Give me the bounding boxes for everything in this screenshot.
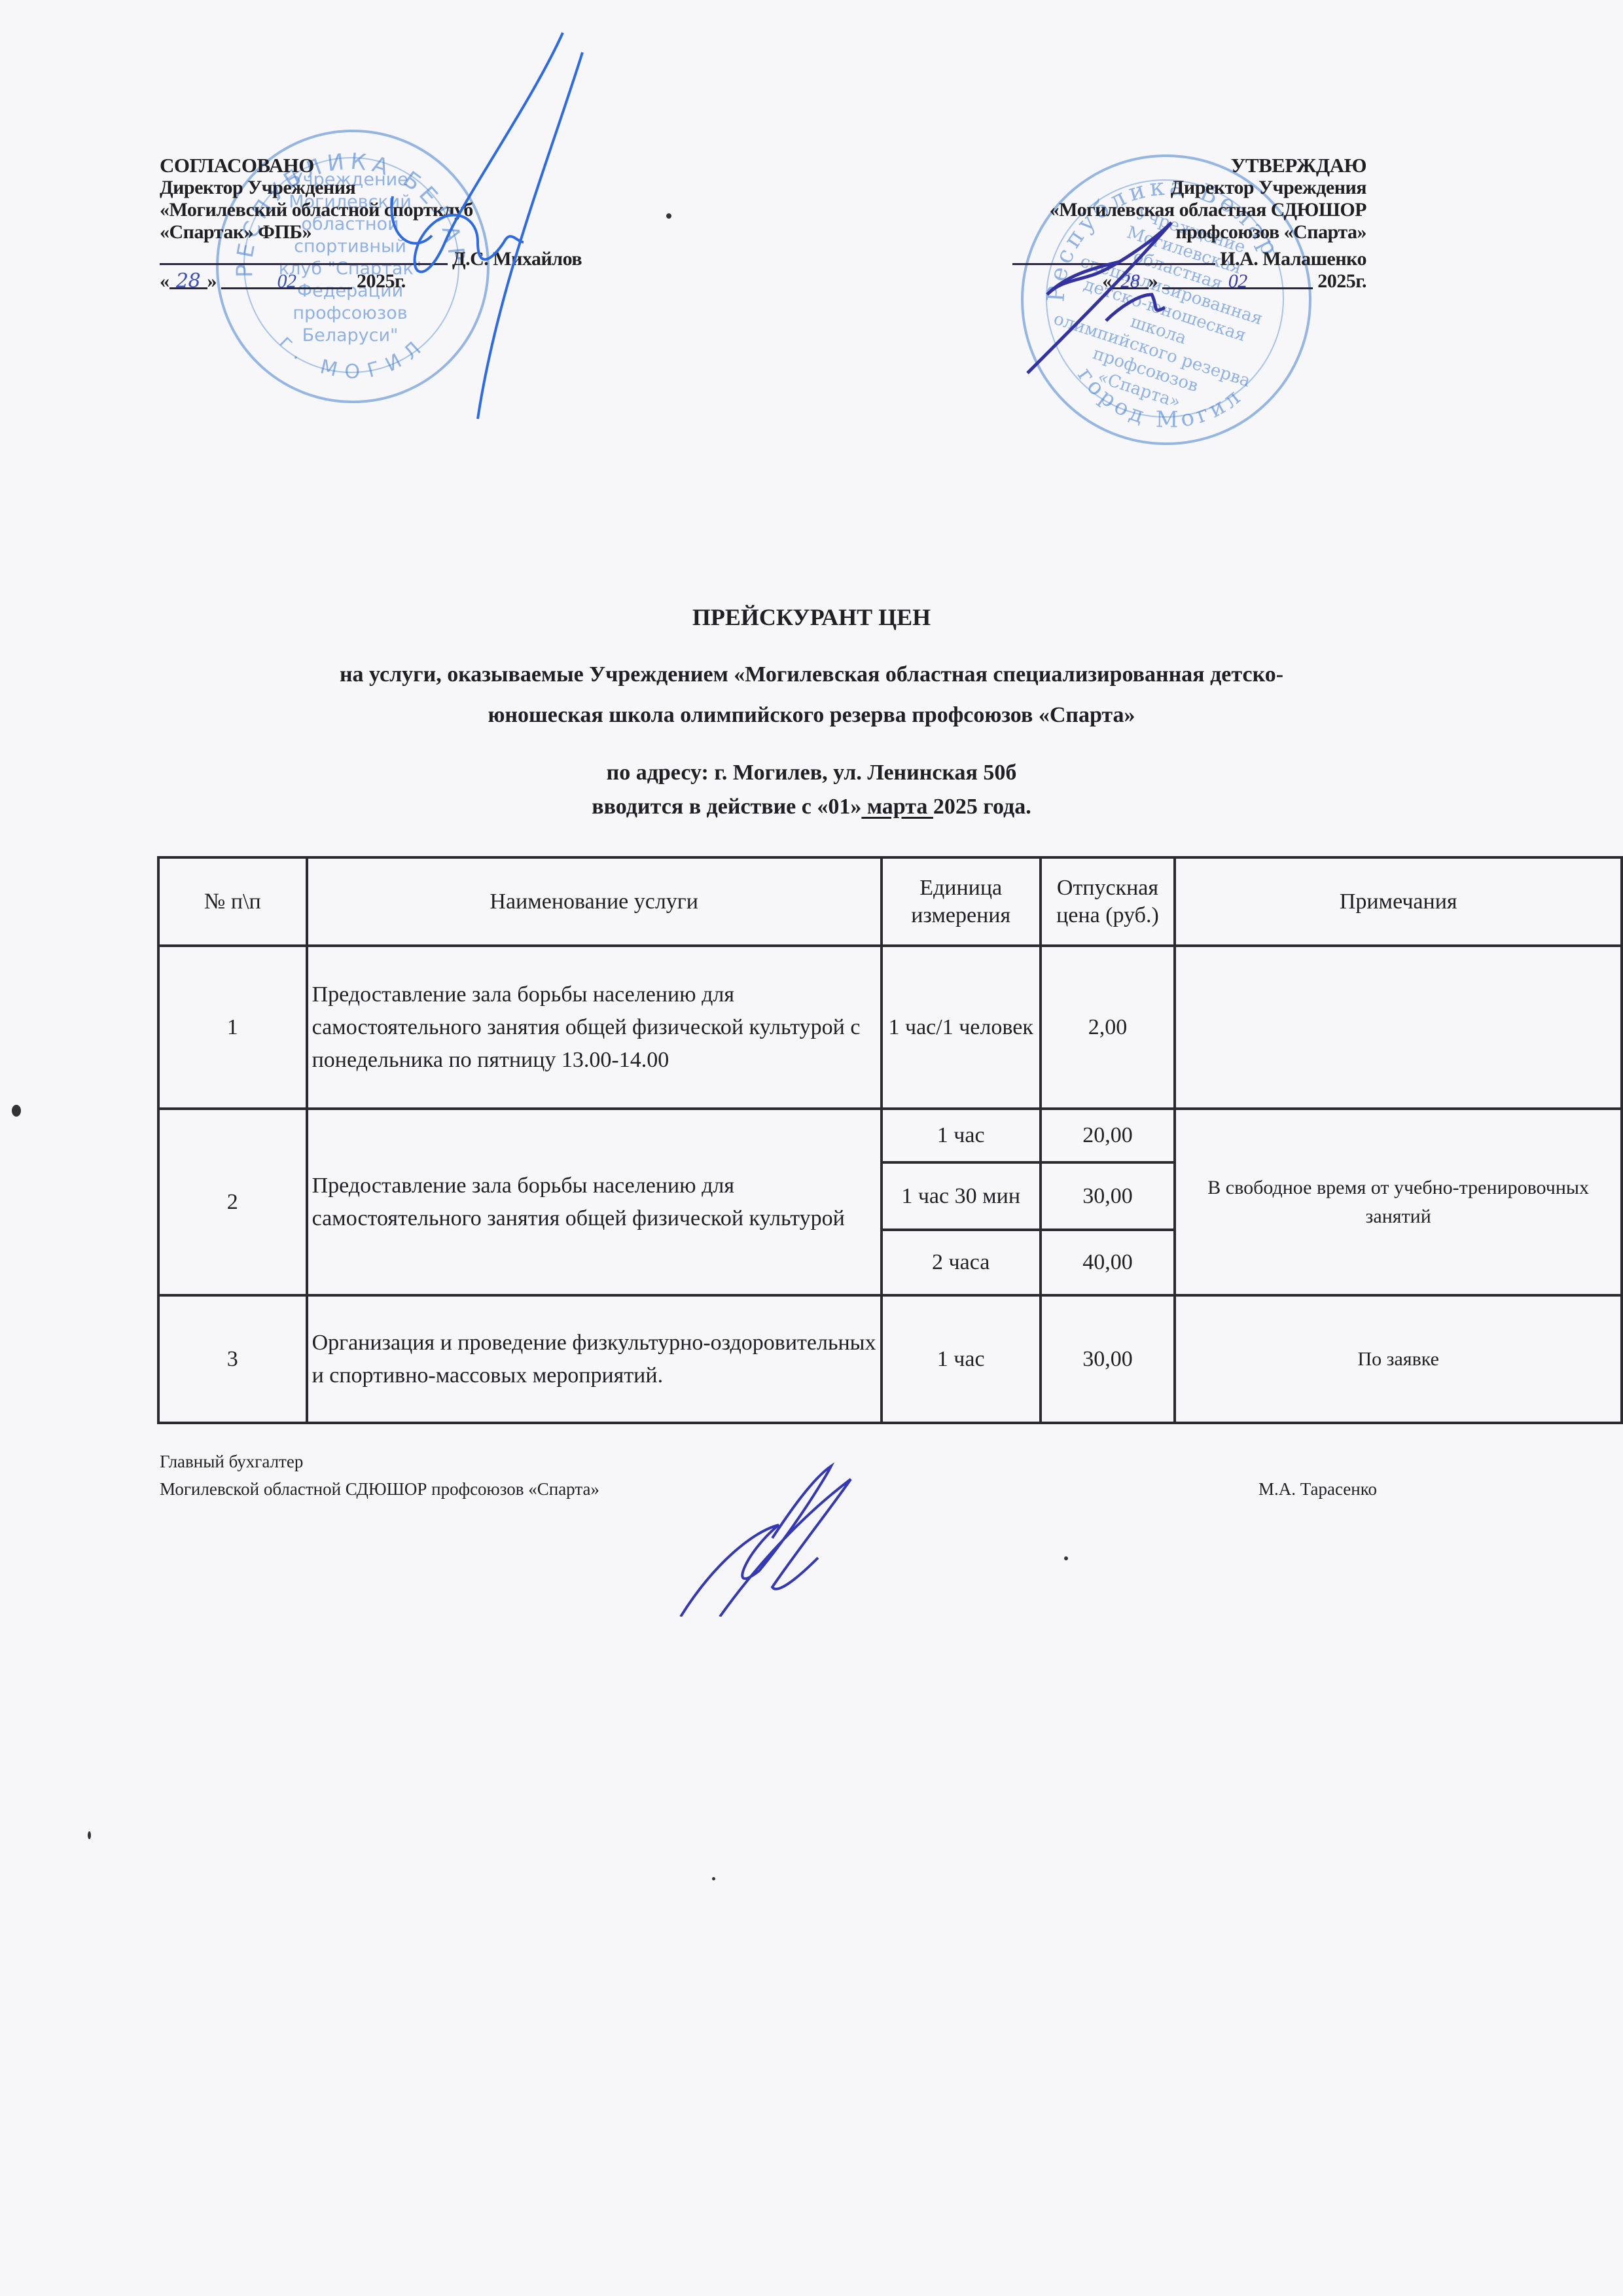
signature-left-director <box>366 26 589 445</box>
approval-right-title: УТВЕРЖДАЮ <box>948 154 1366 177</box>
scan-speck <box>1064 1556 1068 1560</box>
row-price: 2,00 <box>1041 946 1175 1109</box>
document-subtitle: на услуги, оказываемые Учреждением «Моги… <box>0 655 1623 736</box>
row-unit: 2 часа <box>882 1230 1041 1295</box>
row-unit: 1 час/1 человек <box>882 946 1041 1109</box>
scan-speck <box>712 1877 715 1880</box>
row-name: Организация и проведение физкультурно-оз… <box>307 1295 882 1423</box>
effective-date: вводится в действие с «01» марта 2025 го… <box>0 790 1623 824</box>
approval-left-date-day: 28 <box>169 270 207 289</box>
approval-right-date-year: 2025г. <box>1317 270 1366 292</box>
row-name: Предоставление зала борьбы населению для… <box>307 946 882 1109</box>
header-unit: Единица измерения <box>882 857 1041 946</box>
row-num: 2 <box>158 1109 307 1295</box>
address: по адресу: г. Могилев, ул. Ленинская 50б <box>0 756 1623 790</box>
row-note <box>1175 946 1622 1109</box>
row-note: В свободное время от учебно-тренировочны… <box>1175 1109 1622 1295</box>
footer-org: Могилевской областной СДЮШОР профсоюзов … <box>160 1475 1377 1503</box>
row-price: 30,00 <box>1041 1295 1175 1423</box>
table-header-row: № п\п Наименование услуги Единица измере… <box>158 857 1622 946</box>
row-price: 30,00 <box>1041 1162 1175 1230</box>
footer-role: Главный бухгалтер <box>160 1448 1377 1475</box>
table-row: 1 Предоставление зала борьбы населению д… <box>158 946 1622 1109</box>
scan-speck <box>88 1831 91 1839</box>
scan-speck <box>666 213 671 219</box>
document-title: ПРЕЙСКУРАНТ ЦЕН <box>0 603 1623 631</box>
header-note: Примечания <box>1175 857 1622 946</box>
row-name: Предоставление зала борьбы населению для… <box>307 1109 882 1295</box>
header-num: № п\п <box>158 857 307 946</box>
row-note: По заявке <box>1175 1295 1622 1423</box>
signature-right-director <box>1021 196 1217 393</box>
row-num: 1 <box>158 946 307 1109</box>
document-address-block: по адресу: г. Могилев, ул. Ленинская 50б… <box>0 756 1623 824</box>
row-unit: 1 час <box>882 1295 1041 1423</box>
header-price: Отпускная цена (руб.) <box>1041 857 1175 946</box>
table-row: 3 Организация и проведение физкультурно-… <box>158 1295 1622 1423</box>
subtitle-line-1: на услуги, оказываемые Учреждением «Моги… <box>0 655 1623 695</box>
subtitle-line-2: юношеская школа олимпийского резерва про… <box>0 695 1623 736</box>
scan-speck <box>12 1105 21 1117</box>
footer-name: М.А. Тарасенко <box>1258 1475 1377 1503</box>
row-num: 3 <box>158 1295 307 1423</box>
effective-suffix: 2025 года. <box>933 795 1031 819</box>
row-price: 40,00 <box>1041 1230 1175 1295</box>
approval-right-line: Директор Учреждения <box>948 177 1366 199</box>
header-name: Наименование услуги <box>307 857 882 946</box>
row-price: 20,00 <box>1041 1109 1175 1162</box>
row-unit: 1 час <box>882 1109 1041 1162</box>
approval-left-date-month: 02 <box>221 270 352 289</box>
footer-signatory: Главный бухгалтер Могилевской областной … <box>160 1448 1377 1503</box>
price-table: № п\п Наименование услуги Единица измере… <box>157 856 1623 1424</box>
table-row: 2 Предоставление зала борьбы населению д… <box>158 1109 1622 1162</box>
approval-right-signatory: И.А. Малашенко <box>1220 248 1366 270</box>
row-unit: 1 час 30 мин <box>882 1162 1041 1230</box>
effective-month: марта <box>861 795 933 819</box>
effective-prefix: вводится в действие с «01» <box>592 795 861 819</box>
